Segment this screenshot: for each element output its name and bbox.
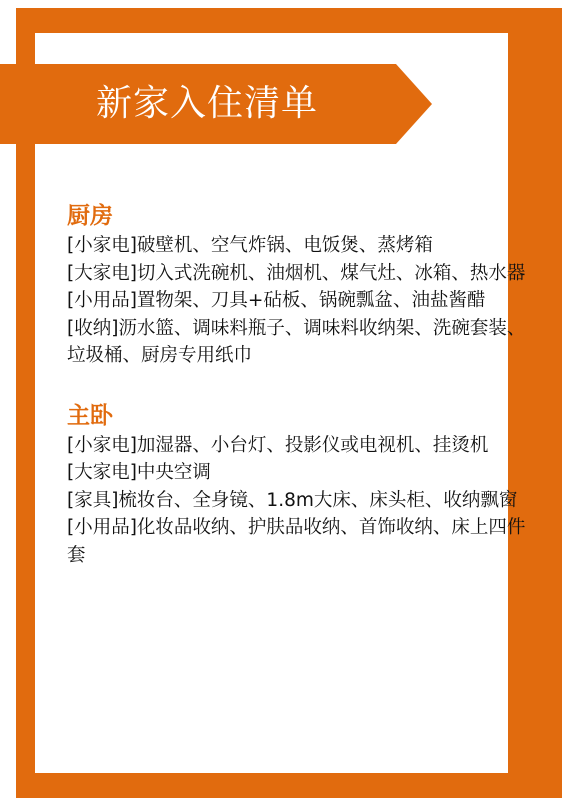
page-title: 新家入住清单 bbox=[96, 64, 318, 144]
list-item: [家具]梳妆台、全身镜、1.8m大床、床头柜、收纳飘窗 bbox=[67, 487, 527, 515]
list-item: [小家电]破壁机、空气炸锅、电饭煲、蒸烤箱 bbox=[67, 232, 527, 260]
list-item: [大家电]中央空调 bbox=[67, 459, 527, 487]
section-kitchen: 厨房 [小家电]破壁机、空气炸锅、电饭煲、蒸烤箱 [大家电]切入式洗碗机、油烟机… bbox=[67, 200, 527, 370]
section-heading: 厨房 bbox=[67, 200, 527, 232]
list-item: [小用品]化妆品收纳、护肤品收纳、首饰收纳、床上四件套 bbox=[67, 514, 527, 569]
list-item: [小用品]置物架、刀具+砧板、锅碗瓢盆、油盐酱醋 bbox=[67, 287, 527, 315]
list-item: [收纳]沥水篮、调味料瓶子、调味料收纳架、洗碗套装、垃圾桶、厨房专用纸巾 bbox=[67, 315, 527, 370]
list-item: [大家电]切入式洗碗机、油烟机、煤气灶、冰箱、热水器 bbox=[67, 260, 527, 288]
checklist: 厨房 [小家电]破壁机、空气炸锅、电饭煲、蒸烤箱 [大家电]切入式洗碗机、油烟机… bbox=[67, 200, 527, 599]
section-master-bedroom: 主卧 [小家电]加湿器、小台灯、投影仪或电视机、挂烫机 [大家电]中央空调 [家… bbox=[67, 400, 527, 570]
section-heading: 主卧 bbox=[67, 400, 527, 432]
list-item: [小家电]加湿器、小台灯、投影仪或电视机、挂烫机 bbox=[67, 432, 527, 460]
